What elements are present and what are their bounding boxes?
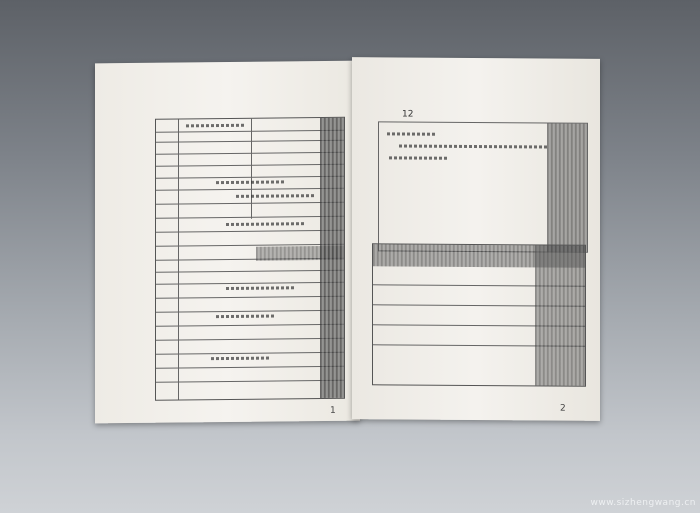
right-document-page: 12 2	[352, 57, 600, 421]
right-form-table	[372, 243, 586, 386]
right-form-box	[378, 121, 588, 252]
right-page-number: 2	[560, 404, 566, 414]
photo-scene: 1 12 2 www.sizhengwang.cn	[0, 0, 700, 513]
right-page-heading: 12	[402, 109, 413, 119]
left-form-table	[155, 117, 345, 401]
left-document-page: 1	[95, 61, 360, 424]
site-watermark: www.sizhengwang.cn	[591, 498, 697, 508]
left-page-number: 1	[330, 406, 336, 416]
